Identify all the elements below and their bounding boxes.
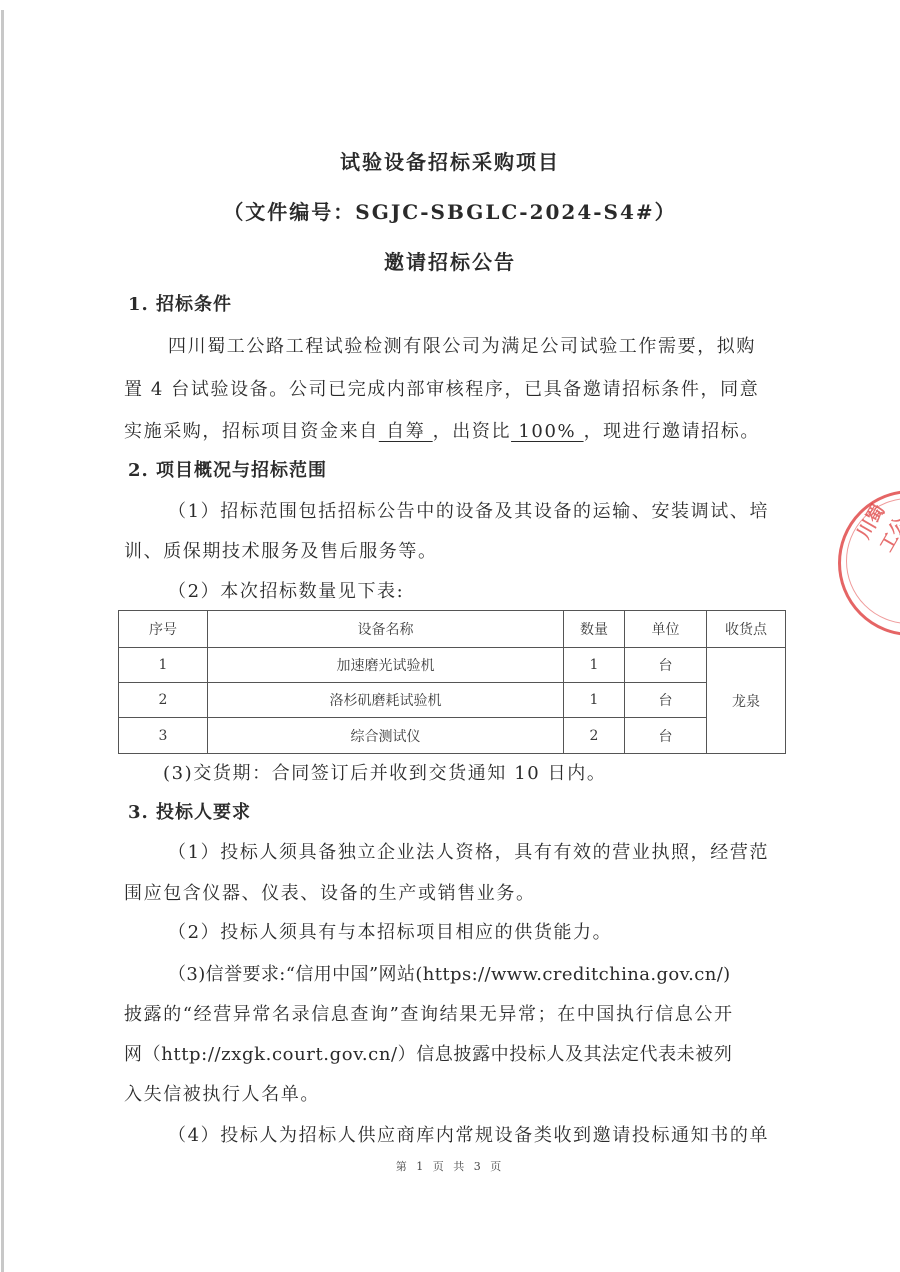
cell-qty: 2: [564, 718, 625, 754]
header-qty: 数量: [564, 611, 625, 648]
s3-p3-line-1: （3)信誉要求:“信用中国”网站(https://www.creditchina…: [168, 960, 731, 986]
section-2-heading: 2. 项目概况与招标范围: [128, 456, 327, 482]
s3-p3-line-2: 披露的“经营异常名录信息查询”查询结果无异常；在中国执行信息公开: [124, 1000, 734, 1026]
cell-qty: 1: [564, 683, 625, 718]
s1-line-3: 实施采购，招标项目资金来自 自筹 ，出资比 100% ，现进行邀请招标。: [124, 417, 760, 443]
cell-name: 综合测试仪: [208, 718, 564, 754]
s3-p1-line-1: （1）投标人须具备独立企业法人资格，具有有效的营业执照，经营范: [168, 838, 769, 864]
funding-source: 自筹: [379, 421, 433, 442]
s2-p1-line-1: （1）招标范围包括招标公告中的设备及其设备的运输、安装调试、培: [168, 497, 769, 523]
s1-line-3-b: ，出资比: [433, 421, 511, 442]
cell-no: 2: [119, 683, 208, 718]
cell-delivery-point: 龙泉: [707, 648, 786, 754]
s1-line-2: 置 4 台试验设备。公司已完成内部审核程序，已具备邀请招标条件，同意: [124, 375, 759, 401]
page-footer: 第 1 页 共 3 页: [0, 1158, 900, 1174]
s3-p2: （2）投标人须具有与本招标项目相应的供货能力。: [168, 918, 612, 944]
table-row: 1 加速磨光试验机 1 台 龙泉: [119, 648, 786, 683]
document-subtitle: 邀请招标公告: [0, 246, 900, 275]
s3-p1-line-2: 围应包含仪器、仪表、设备的生产或销售业务。: [124, 879, 536, 905]
table-header-row: 序号 设备名称 数量 单位 收货点: [119, 611, 786, 648]
section-3-heading: 3. 投标人要求: [128, 798, 251, 824]
header-no: 序号: [119, 611, 208, 648]
cell-unit: 台: [625, 683, 707, 718]
cell-qty: 1: [564, 648, 625, 683]
s1-line-3-a: 实施采购，招标项目资金来自: [124, 421, 379, 442]
s2-p3-delivery-period: (3)交货期：合同签订后并收到交货通知 10 日内。: [163, 759, 606, 785]
cell-unit: 台: [625, 648, 707, 683]
section-1-heading: 1. 招标条件: [128, 290, 232, 316]
cell-name: 加速磨光试验机: [208, 648, 564, 683]
table-row: 2 洛杉矶磨耗试验机 1 台: [119, 683, 786, 718]
table-row: 3 综合测试仪 2 台: [119, 718, 786, 754]
document-title: 试验设备招标采购项目: [0, 146, 900, 175]
header-unit: 单位: [625, 611, 707, 648]
cell-no: 3: [119, 718, 208, 754]
s3-p3-line-4: 入失信被执行人名单。: [124, 1080, 320, 1106]
cell-unit: 台: [625, 718, 707, 754]
cell-name: 洛杉矶磨耗试验机: [208, 683, 564, 718]
file-number: （文件编号：SGJC-SBGLC-2024-S4#）: [0, 196, 900, 225]
funding-ratio: 100%: [511, 421, 584, 442]
equipment-table: 序号 设备名称 数量 单位 收货点 1 加速磨光试验机 1 台 龙泉 2 洛杉矶…: [118, 610, 786, 754]
s3-p4-line-1: （4）投标人为招标人供应商库内常规设备类收到邀请投标通知书的单: [168, 1121, 769, 1147]
s1-line-3-c: ，现进行邀请招标。: [584, 421, 760, 442]
s2-p2: （2）本次招标数量见下表:: [168, 577, 404, 603]
header-name: 设备名称: [208, 611, 564, 648]
s2-p1-line-2: 训、质保期技术服务及售后服务等。: [124, 537, 438, 563]
cell-no: 1: [119, 648, 208, 683]
s1-line-1: 四川蜀工公路工程试验检测有限公司为满足公司试验工作需要，拟购: [168, 332, 756, 358]
s3-p3-line-3: 网（http://zxgk.court.gov.cn/）信息披露中投标人及其法定…: [124, 1040, 732, 1066]
header-delivery: 收货点: [707, 611, 786, 648]
